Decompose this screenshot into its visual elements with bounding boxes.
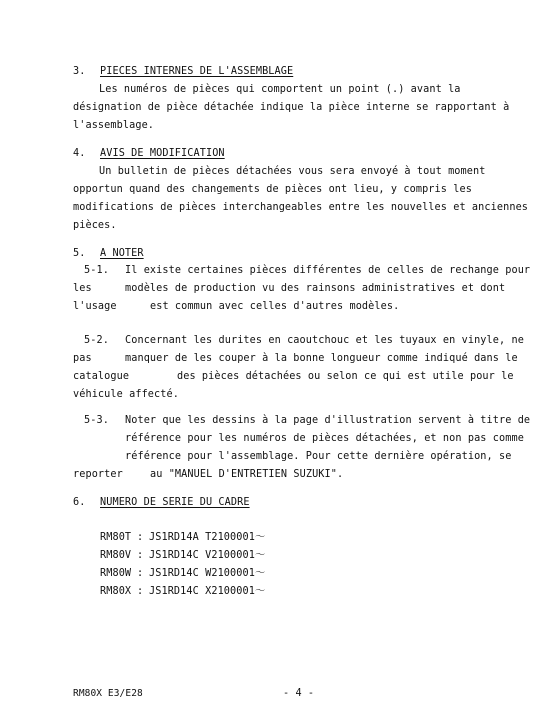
section-number: 5. [73,248,85,260]
note-line: référence pour l'assemblage. Pour cette … [125,451,511,463]
note-number: 5-1. [84,265,109,277]
note-line: est commun avec celles d'autres modèles. [150,301,399,313]
paragraph-line: Les numéros de pièces qui comportent un … [99,84,461,96]
note-line: modèles de production vu des rainsons ad… [125,283,505,295]
note-number: 5-3. [84,415,109,427]
serial-number: JS1RD14A T2100001～ [149,532,265,544]
section-number: 4. [73,148,85,160]
paragraph-line: Un bulletin de pièces détachées vous ser… [99,166,485,178]
note-number: 5-2. [84,335,109,347]
section-title: AVIS DE MODIFICATION [100,148,225,160]
serial-number: JS1RD14C X2100001～ [149,586,265,598]
page-number: - 4 - [283,688,314,700]
paragraph-line: modifications de pièces interchangeables… [73,202,528,214]
note-line: reporter [73,469,123,481]
paragraph-line: désignation de pièce détachée indique la… [73,102,509,114]
paragraph-line: l'assemblage. [73,120,154,132]
separator: : [137,550,143,562]
note-line: référence pour les numéros de pièces dét… [125,433,524,445]
model-code: RM80T [100,532,131,544]
note-line: catalogue [73,371,129,383]
serial-number: JS1RD14C V2100001～ [149,550,265,562]
section-number: 6. [73,497,85,509]
section-title: A NOTER [100,248,144,260]
note-line: manquer de les couper à la bonne longueu… [125,353,518,365]
note-line: Il existe certaines pièces différentes d… [125,265,530,277]
separator: : [137,586,143,598]
model-code: RM80W [100,568,131,580]
model-code: RM80V [100,550,131,562]
paragraph-line: pièces. [73,220,117,232]
note-line: au "MANUEL D'ENTRETIEN SUZUKI". [150,469,343,481]
note-line: l'usage [73,301,117,313]
section-title: NUMERO DE SERIE DU CADRE [100,497,250,509]
note-line: pas [73,353,92,365]
paragraph-line: opportun quand des changements de pièces… [73,184,472,196]
section-number: 3. [73,66,85,78]
section-title: PIECES INTERNES DE L'ASSEMBLAGE [100,66,293,78]
note-line: Noter que les dessins à la page d'illust… [125,415,530,427]
note-line: Concernant les durites en caoutchouc et … [125,335,524,347]
separator: : [137,532,143,544]
note-line: des pièces détachées ou selon ce qui est… [177,371,514,383]
separator: : [137,568,143,580]
note-line: les [73,283,92,295]
note-line: véhicule affecté. [73,389,179,401]
serial-number: JS1RD14C W2100001～ [149,568,265,580]
document-code: RM80X E3/E28 [73,688,143,700]
model-code: RM80X [100,586,131,598]
